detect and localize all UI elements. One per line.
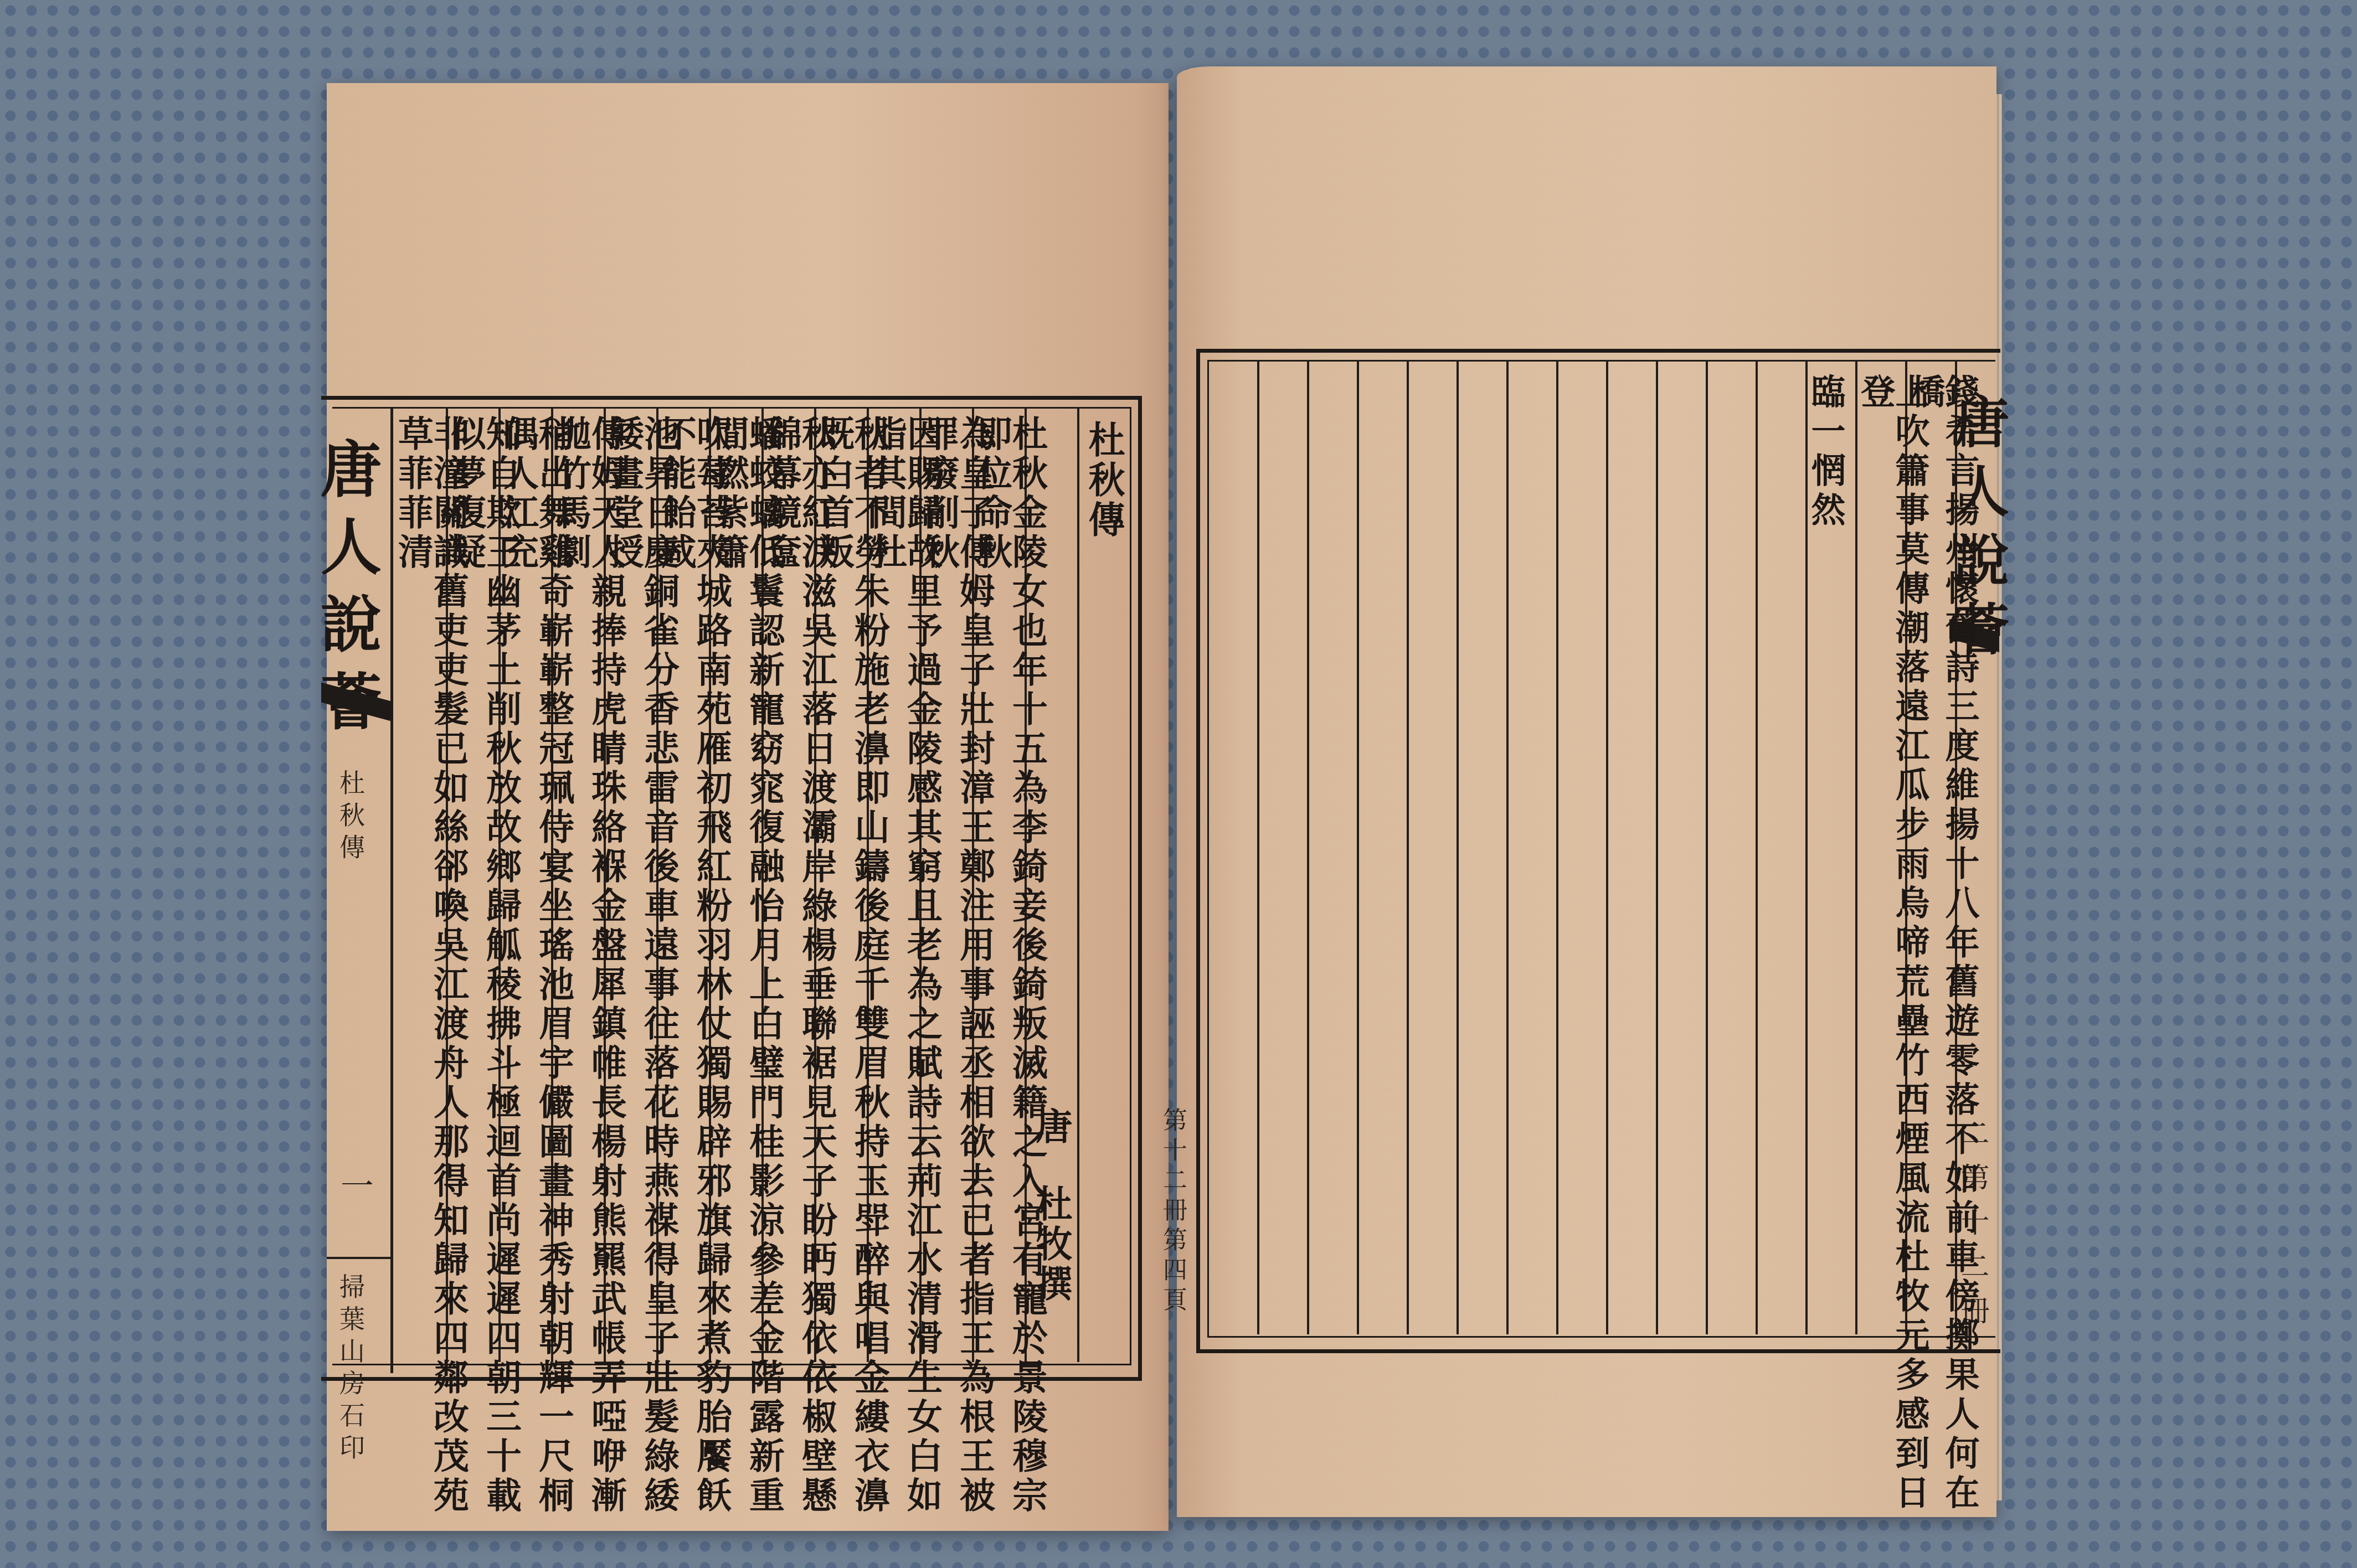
margin-publisher: 掃葉山房石印 (338, 1273, 363, 1466)
margin-section-title: 杜秋傳 (338, 770, 363, 866)
gutter-page-note: 第十二冊第四頁 (1160, 1107, 1185, 1317)
right-page: 第十二冊第四頁 唐人說薈 二第十二冊 錢希言揚州懷舊詩三度維揚十八年舊遊零落不如… (1177, 66, 1996, 1517)
left-page: 唐人說薈 杜秋傳 一 掃葉山房石印 杜秋傳 唐 杜牧撰 杜秋金陵女也年十五為李錡… (327, 83, 1169, 1531)
margin-page-number: 一 (338, 1168, 371, 1208)
text-column: 臨一惘然 (1808, 374, 1843, 531)
text-column: 上吹簫事莫傳潮落遠江瓜步雨烏啼荒壘竹西煙風流杜牧元多感到日登 (1858, 374, 1927, 1517)
article-title: 杜秋傳 (1085, 421, 1122, 540)
text-column: 非潼關識舊吏吏髮已如絲郤喚吳江渡舟人那得知歸來四鄰改茂苑草菲菲清 (395, 415, 466, 1531)
margin-divider (327, 1257, 390, 1259)
